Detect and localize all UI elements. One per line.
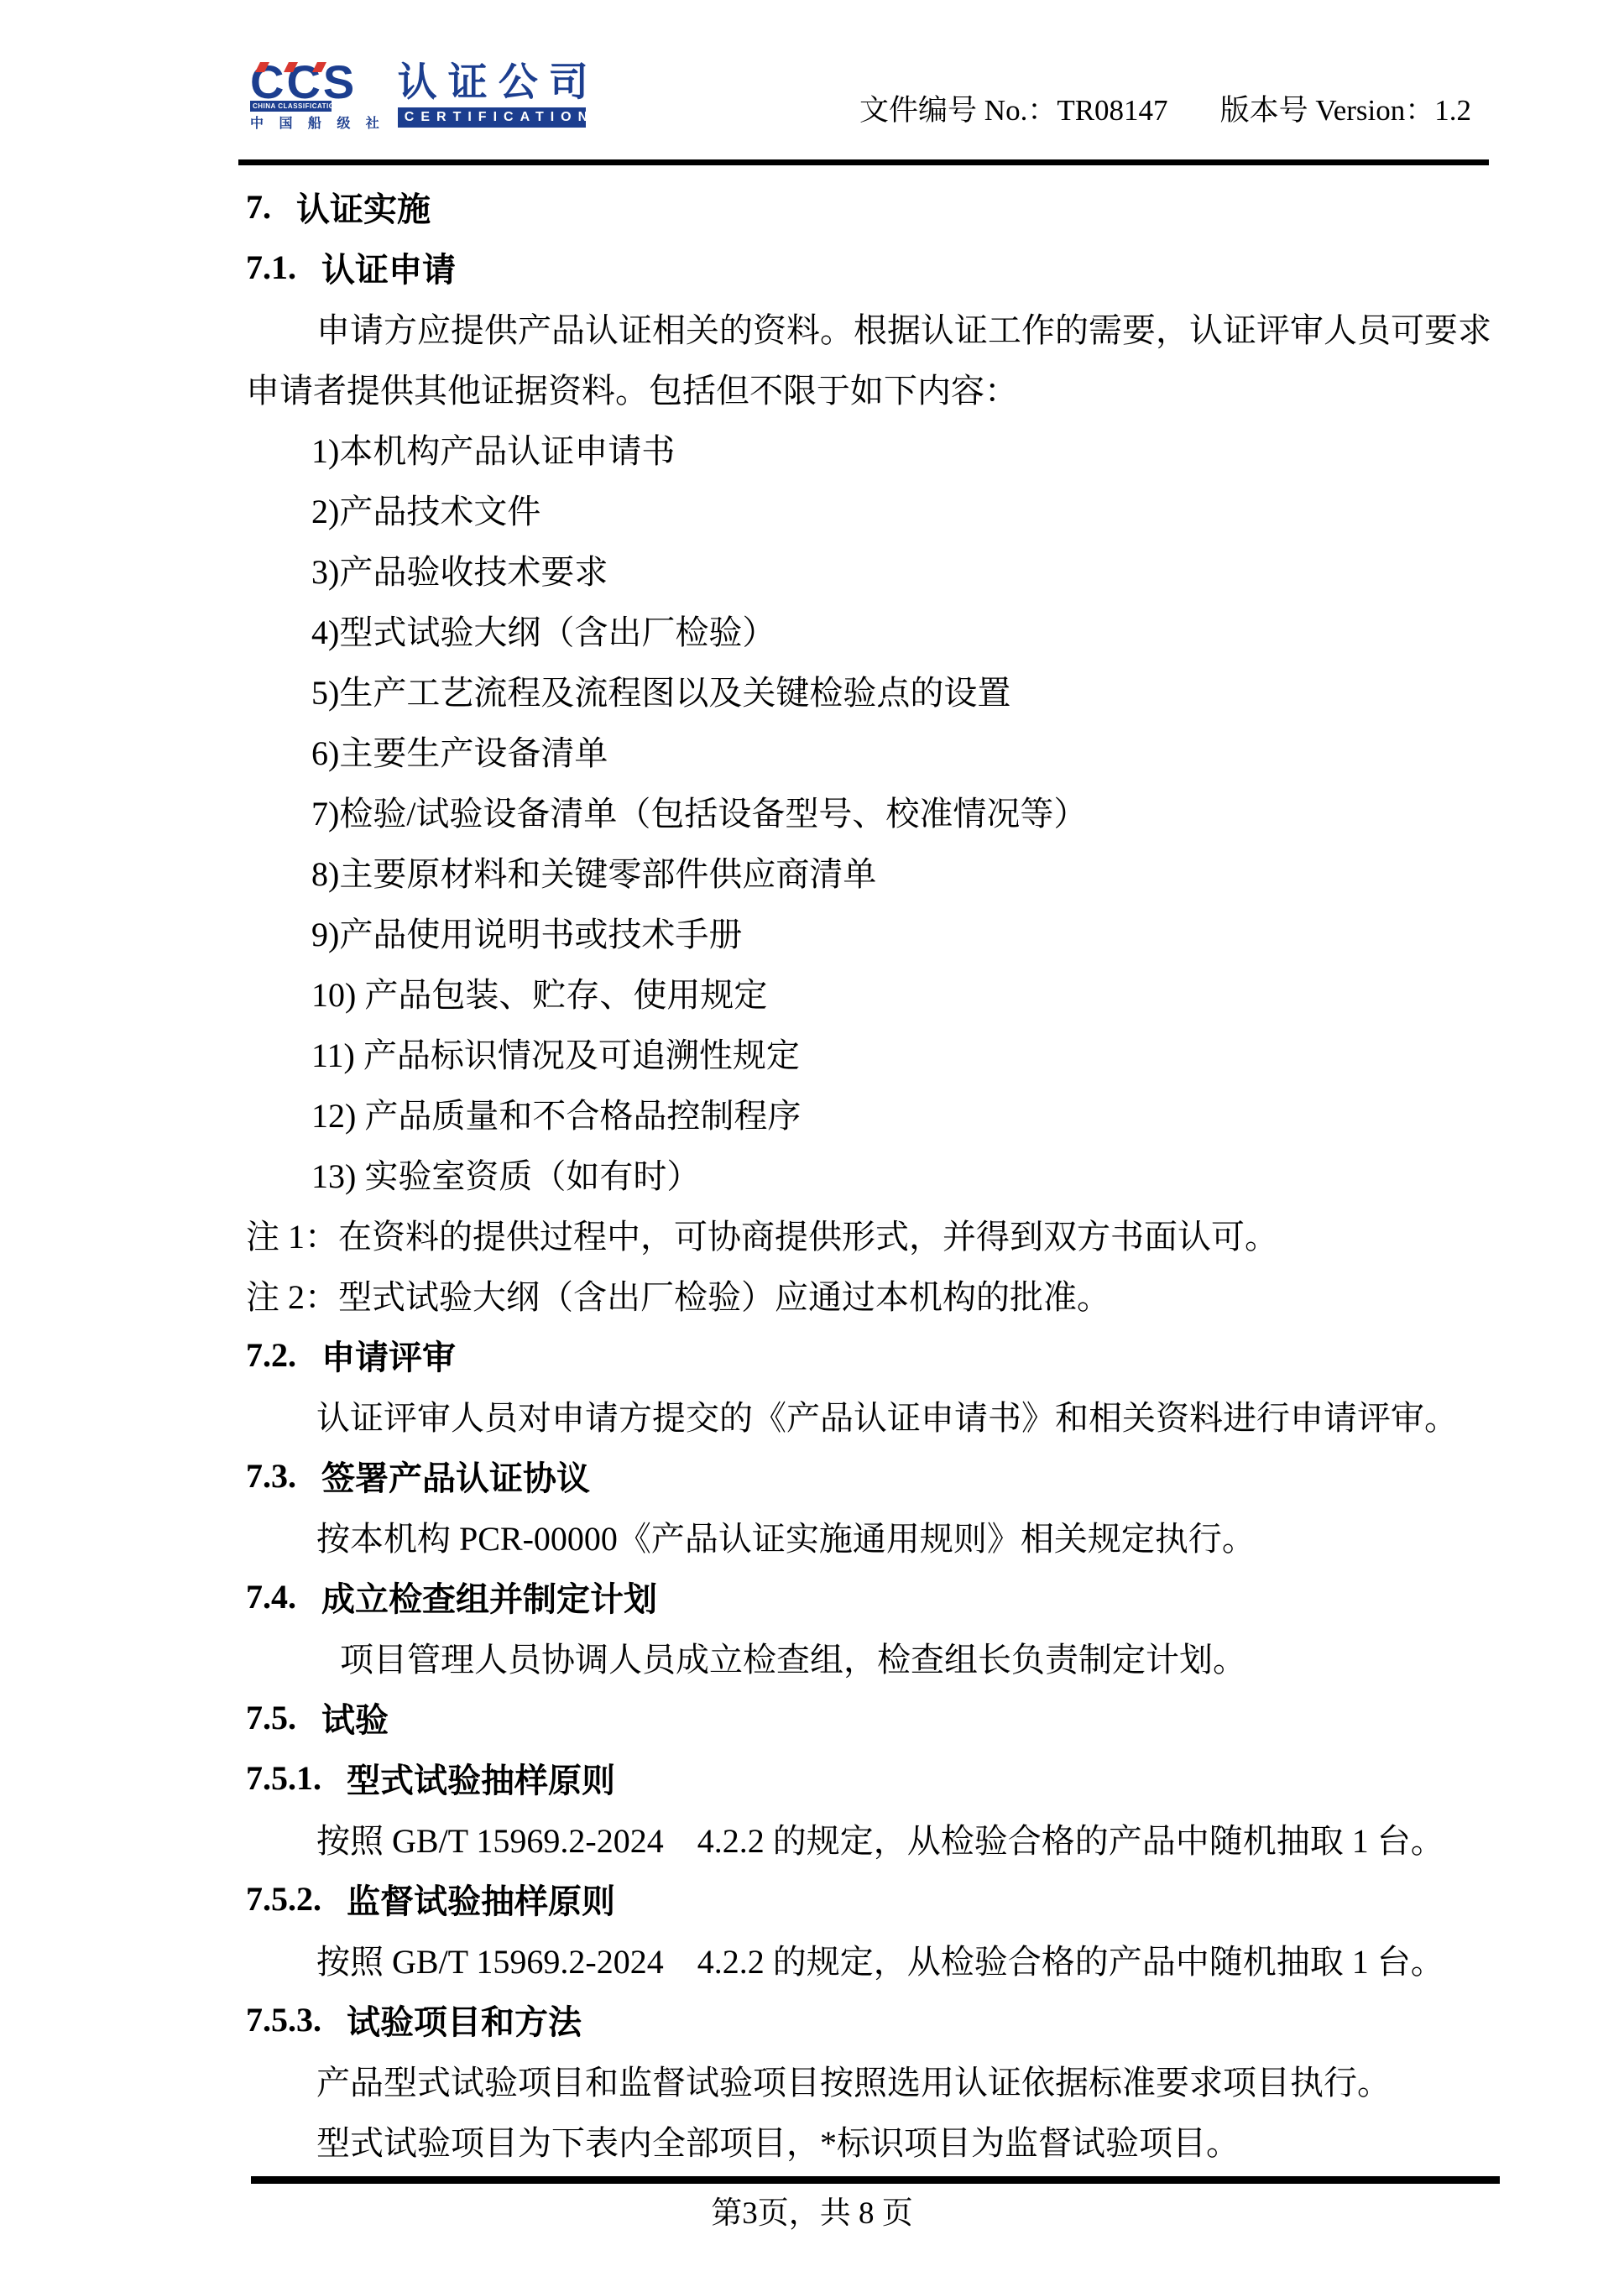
body-line: 9)产品使用说明书或技术手册 (246, 901, 1509, 962)
section-number: 7.5.1. (246, 1758, 321, 1798)
section-number: 7.3. (246, 1456, 296, 1496)
section-title: 试验项目和方法 (347, 1996, 582, 2044)
section-heading: 7.5.试验 (246, 1687, 1509, 1747)
body-line: 5)生产工艺流程及流程图以及关键检验点的设置 (246, 660, 1509, 720)
section-heading: 7.4.成立检查组并制定计划 (246, 1566, 1509, 1626)
section-number: 7.5. (246, 1698, 296, 1737)
body-line: 按照 GB/T 15969.2-2024 4.2.2 的规定，从检验合格的产品中… (246, 1929, 1509, 1989)
section-heading: 7.3.签署产品认证协议 (246, 1445, 1509, 1506)
section-heading: 7.2.申请评审 (246, 1324, 1509, 1385)
body-line: 按本机构 PCR-00000《产品认证实施通用规则》相关规定执行。 (246, 1506, 1509, 1566)
ccs-logo: CCS CHINA CLASSIFICATION SOCIETY 中 国 船 级… (250, 64, 599, 128)
body-line: 申请方应提供产品认证相关的资料。根据认证工作的需要，认证评审人员可要求 (246, 297, 1509, 358)
document-body: 7.认证实施7.1.认证申请申请方应提供产品认证相关的资料。根据认证工作的需要，… (246, 176, 1509, 2170)
body-line: 11) 产品标识情况及可追溯性规定 (246, 1022, 1509, 1083)
section-title: 认证申请 (321, 243, 456, 291)
section-number: 7. (246, 187, 271, 227)
section-number: 7.1. (246, 248, 296, 287)
body-line: 型式试验项目为下表内全部项目，*标识项目为监督试验项目。 (246, 2110, 1509, 2170)
section-number: 7.5.2. (246, 1879, 321, 1919)
section-heading: 7.1.认证申请 (246, 237, 1509, 297)
section-title: 认证实施 (296, 183, 431, 231)
body-line: 按照 GB/T 15969.2-2024 4.2.2 的规定，从检验合格的产品中… (246, 1808, 1509, 1868)
section-title: 成立检查组并制定计划 (321, 1573, 657, 1621)
section-title: 监督试验抽样原则 (347, 1875, 615, 1923)
document-page: CCS CHINA CLASSIFICATION SOCIETY 中 国 船 级… (0, 0, 1624, 2287)
certification-banner: CERTIFICATION (398, 107, 586, 128)
body-line: 10) 产品包装、贮存、使用规定 (246, 962, 1509, 1022)
section-number: 7.5.3. (246, 2000, 321, 2039)
document-number: 文件编号 No.：TR08147 (859, 87, 1168, 129)
section-heading: 7.认证实施 (246, 176, 1509, 237)
ccs-logo-left: CCS CHINA CLASSIFICATION SOCIETY 中 国 船 级… (250, 64, 385, 128)
body-line: 3)产品验收技术要求 (246, 539, 1509, 599)
section-heading: 7.5.1.型式试验抽样原则 (246, 1747, 1509, 1808)
section-heading: 7.5.2.监督试验抽样原则 (246, 1868, 1509, 1929)
society-name-cn: 中 国 船 级 社 (250, 112, 385, 132)
body-line: 6)主要生产设备清单 (246, 720, 1509, 781)
page-number: 第3页，共 8 页 (0, 2187, 1624, 2232)
section-title: 试验 (321, 1694, 389, 1741)
body-line: 注 2：型式试验大纲（含出厂检验）应通过本机构的批准。 (246, 1264, 1509, 1324)
section-title: 型式试验抽样原则 (347, 1754, 615, 1802)
body-line: 1)本机构产品认证申请书 (246, 418, 1509, 478)
body-line: 注 1：在资料的提供过程中，可协商提供形式，并得到双方书面认可。 (246, 1204, 1509, 1264)
header-divider (238, 159, 1489, 165)
body-line: 7)检验/试验设备清单（包括设备型号、校准情况等） (246, 781, 1509, 841)
body-line: 4)型式试验大纲（含出厂检验） (246, 599, 1509, 660)
section-title: 申请评审 (321, 1331, 456, 1379)
body-line: 12) 产品质量和不合格品控制程序 (246, 1083, 1509, 1143)
body-line: 申请者提供其他证据资料。包括但不限于如下内容： (246, 358, 1509, 418)
section-title: 签署产品认证协议 (321, 1452, 590, 1500)
section-number: 7.2. (246, 1335, 296, 1375)
body-line: 13) 实验室资质（如有时） (246, 1143, 1509, 1204)
body-line: 8)主要原材料和关键零部件供应商清单 (246, 841, 1509, 901)
ccs-logo-right: 认证公司 CERTIFICATION (398, 64, 599, 128)
section-heading: 7.5.3.试验项目和方法 (246, 1989, 1509, 2049)
header-info: 文件编号 No.：TR08147 版本号 Version：1.2 (859, 87, 1471, 129)
section-number: 7.4. (246, 1577, 296, 1616)
company-wordmark-cn: 认证公司 (398, 64, 599, 101)
body-line: 2)产品技术文件 (246, 478, 1509, 539)
body-line: 认证评审人员对申请方提交的《产品认证申请书》和相关资料进行申请评审。 (246, 1385, 1509, 1445)
version-number: 版本号 Version：1.2 (1220, 87, 1471, 129)
body-line: 项目管理人员协调人员成立检查组，检查组长负责制定计划。 (246, 1626, 1509, 1687)
footer-divider (251, 2176, 1500, 2184)
body-line: 产品型式试验项目和监督试验项目按照选用认证依据标准要求项目执行。 (246, 2049, 1509, 2110)
ccs-wordmark: CCS (250, 64, 385, 101)
